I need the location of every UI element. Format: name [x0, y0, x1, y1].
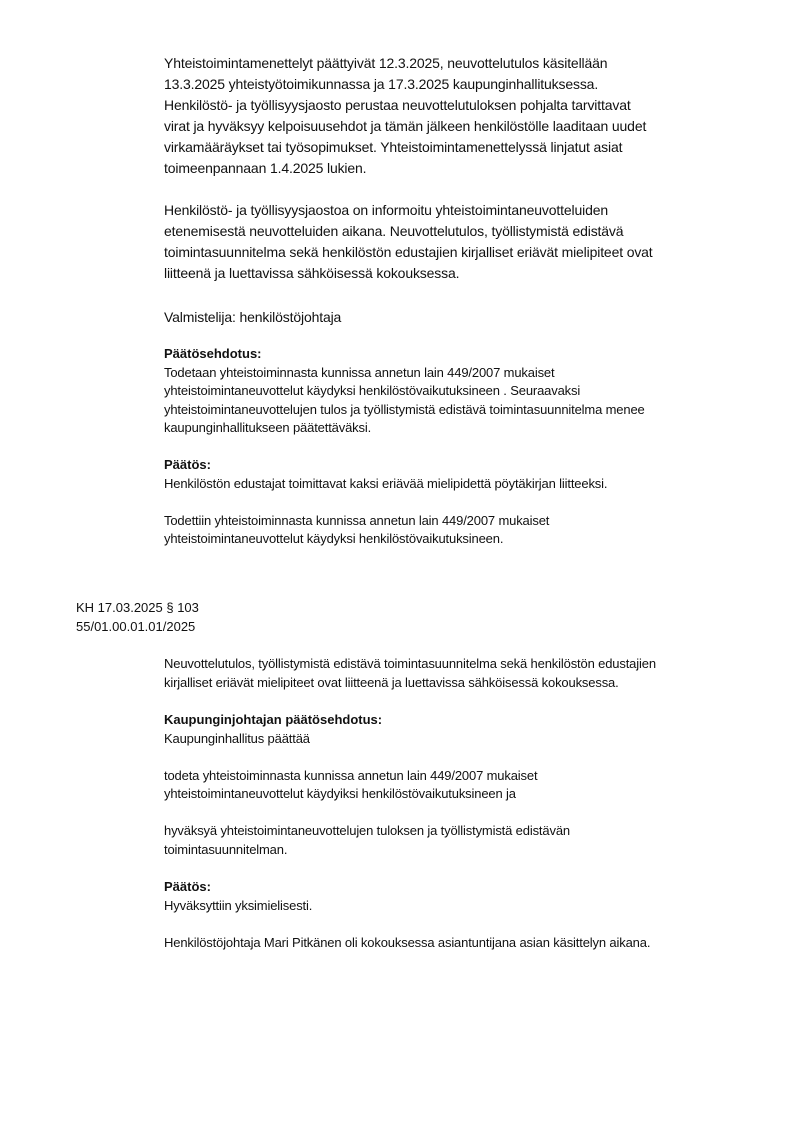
- decision-heading: Päätös:: [164, 456, 764, 475]
- spacer: [164, 804, 764, 823]
- decision-block-2: Päätös: Hyväksyttiin yksimielisesti. Hen…: [164, 878, 764, 952]
- text-line: Neuvottelutulos, työllistymistä edistävä…: [164, 655, 764, 674]
- paragraph-information: Henkilöstö- ja työllisyysjaostoa on info…: [164, 200, 764, 284]
- text-line: yhteistoimintaneuvottelut käydyiksi henk…: [164, 785, 764, 804]
- spacer: [164, 493, 764, 512]
- text-line: yhteistoimintaneuvottelut käydyksi henki…: [164, 382, 764, 401]
- text-line: kaupunginhallitukseen päätettäväksi.: [164, 419, 764, 438]
- meeting-reference: KH 17.03.2025 § 103 55/01.00.01.01/2025: [76, 598, 199, 636]
- proposal-block: Päätösehdotus: Todetaan yhteistoiminnast…: [164, 345, 764, 438]
- text-line: Henkilöstöjohtaja Mari Pitkänen oli koko…: [164, 934, 764, 953]
- text-line: toimeenpannaan 1.4.2025 lukien.: [164, 158, 764, 179]
- text-line: virkamääräykset tai työsopimukset. Yhtei…: [164, 137, 764, 158]
- text-line: virat ja hyväksyy kelpoisuusehdot ja täm…: [164, 116, 764, 137]
- text-line: hyväksyä yhteistoimintaneuvottelujen tul…: [164, 822, 764, 841]
- spacer: [164, 915, 764, 934]
- decision-block: Päätös: Henkilöstön edustajat toimittava…: [164, 456, 764, 549]
- text-line: Todetaan yhteistoiminnasta kunnissa anne…: [164, 364, 764, 383]
- text-line: Henkilöstö- ja työllisyysjaostoa on info…: [164, 200, 764, 221]
- mayor-proposal-block: Kaupunginjohtajan päätösehdotus: Kaupung…: [164, 711, 764, 859]
- text-line: kirjalliset eriävät mielipiteet ovat lii…: [164, 674, 764, 693]
- mayor-proposal-heading: Kaupunginjohtajan päätösehdotus:: [164, 711, 764, 730]
- intro-block: Neuvottelutulos, työllistymistä edistävä…: [164, 655, 764, 692]
- preparer-text: Valmistelija: henkilöstöjohtaja: [164, 307, 764, 328]
- text-line: 13.3.2025 yhteistyötoimikunnassa ja 17.3…: [164, 74, 764, 95]
- decision-heading: Päätös:: [164, 878, 764, 897]
- paragraph-schedule: Yhteistoimintamenettelyt päättyivät 12.3…: [164, 53, 764, 179]
- text-line: toimintasuunnitelman.: [164, 841, 764, 860]
- text-line: todeta yhteistoiminnasta kunnissa annetu…: [164, 767, 764, 786]
- text-line: toimintasuunnitelma sekä henkilöstön edu…: [164, 242, 764, 263]
- proposal-heading: Päätösehdotus:: [164, 345, 764, 364]
- text-line: Yhteistoimintamenettelyt päättyivät 12.3…: [164, 53, 764, 74]
- text-line: Kaupunginhallitus päättää: [164, 730, 764, 749]
- preparer-line: Valmistelija: henkilöstöjohtaja: [164, 307, 764, 328]
- record-id: 55/01.00.01.01/2025: [76, 617, 199, 636]
- text-line: Hyväksyttiin yksimielisesti.: [164, 897, 764, 916]
- text-line: yhteistoimintaneuvottelut käydyksi henki…: [164, 530, 764, 549]
- text-line: Henkilöstön edustajat toimittavat kaksi …: [164, 475, 764, 494]
- text-line: etenemisestä neuvotteluiden aikana. Neuv…: [164, 221, 764, 242]
- text-line: Todettiin yhteistoiminnasta kunnissa ann…: [164, 512, 764, 531]
- text-line: Henkilöstö- ja työllisyysjaosto perustaa…: [164, 95, 764, 116]
- spacer: [164, 748, 764, 767]
- document-page: Yhteistoimintamenettelyt päättyivät 12.3…: [0, 0, 794, 1122]
- text-line: liitteenä ja luettavissa sähköisessä kok…: [164, 263, 764, 284]
- text-line: yhteistoimintaneuvottelujen tulos ja työ…: [164, 401, 764, 420]
- meeting-id: KH 17.03.2025 § 103: [76, 598, 199, 617]
